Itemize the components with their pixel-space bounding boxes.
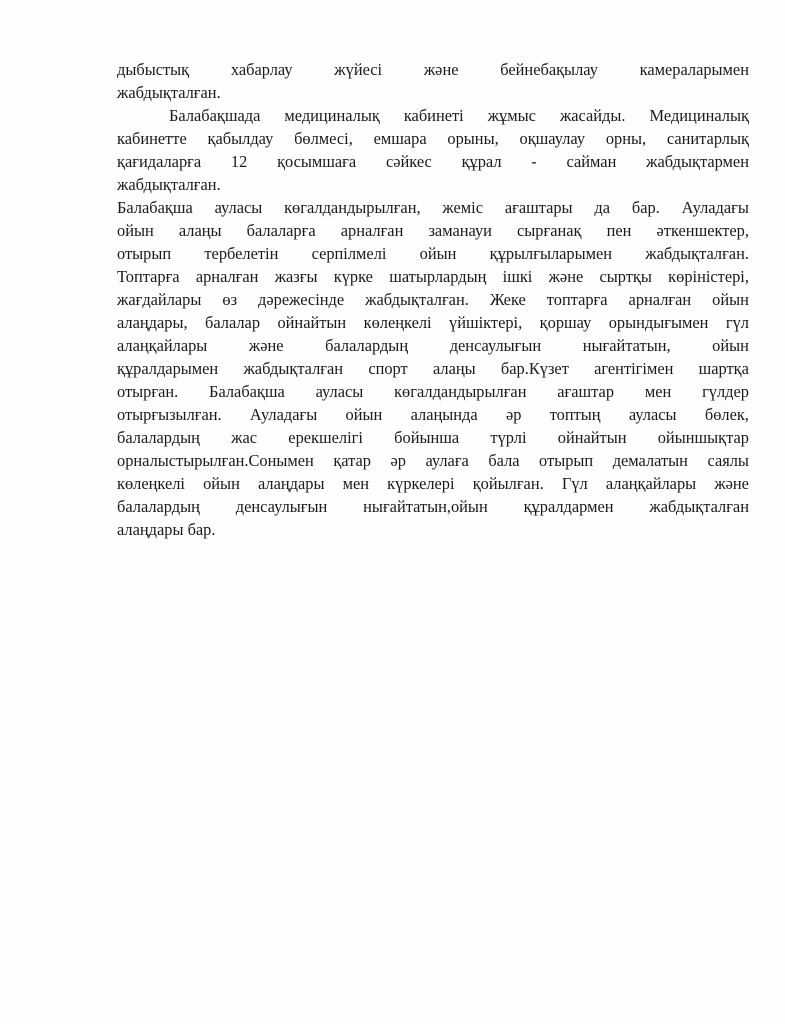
word: алаңында <box>411 403 478 426</box>
word: қоршау <box>540 311 592 334</box>
word: орыны, <box>447 127 498 150</box>
word: гүл <box>726 311 749 334</box>
word: алаңы <box>433 357 476 380</box>
word: әткеншектер, <box>657 219 749 242</box>
word: өз <box>222 288 237 311</box>
word: ойнайтын <box>558 426 627 449</box>
text-line: балалардыңжасерекшелігібойыншатүрліойнай… <box>117 426 749 449</box>
text-line: қағидаларға12қосымшағасәйкесқұрал-сайман… <box>117 150 749 173</box>
word: әр <box>506 403 521 426</box>
word: сәйкес <box>386 150 432 173</box>
word: ойын <box>712 288 749 311</box>
word: мен <box>645 380 671 403</box>
word: балалардың <box>117 495 200 518</box>
word: отырып <box>539 449 593 472</box>
word: орындығымен <box>609 311 709 334</box>
word: алаңы <box>179 219 222 242</box>
word: топтарға <box>547 288 608 311</box>
word: денсаулығын <box>450 334 541 357</box>
word: балалар <box>205 311 260 334</box>
word: бойынша <box>394 426 459 449</box>
word: алаңқайлары <box>606 472 696 495</box>
paragraph-1: дыбыстықхабарлаужүйесіжәнебейнебақылаука… <box>117 58 749 104</box>
word: сайман <box>567 150 617 173</box>
text-line: отырған.Балабақшаауласыкөгалдандырылғана… <box>117 380 749 403</box>
word: жазғы <box>275 265 318 288</box>
word: қосымшаға <box>277 150 356 173</box>
word: күрке <box>334 265 373 288</box>
word: жұмыс <box>488 104 536 127</box>
word: тербелетін <box>204 242 278 265</box>
word: ойын <box>420 242 457 265</box>
word: ағаштары <box>505 196 573 219</box>
word: нығайтатын, <box>583 334 671 357</box>
word: Жеке <box>490 288 526 311</box>
word: бар. <box>632 196 660 219</box>
word: арналған <box>629 288 692 311</box>
word: серпілмелі <box>312 242 387 265</box>
word: жағдайлары <box>117 288 201 311</box>
word: жүйесі <box>334 58 382 81</box>
word: нығайтатын,ойын <box>363 495 488 518</box>
word: - <box>531 150 536 173</box>
word: орналыстырылған.Сонымен <box>117 449 314 472</box>
word: арналған <box>341 219 404 242</box>
word: Балабақша <box>209 380 285 403</box>
word: да <box>594 196 610 219</box>
word: алаңдары <box>258 472 324 495</box>
paragraph-2: Балабақшадамедициналықкабинетіжұмысжасай… <box>117 104 749 196</box>
word: жеміс <box>442 196 483 219</box>
paragraph-3: Балабақшаауласыкөгалдандырылған,жемісаға… <box>117 196 749 541</box>
text-line: отырыптербелетінсерпілмеліойынқұрылғылар… <box>117 242 749 265</box>
word: гүлдер <box>702 380 749 403</box>
text-line: дыбыстықхабарлаужүйесіжәнебейнебақылаука… <box>117 58 749 81</box>
text-line: ойыналаңыбалаларғаарналғанзаманауисырған… <box>117 219 749 242</box>
word: дыбыстық <box>117 58 189 81</box>
word: санитарлық <box>667 127 749 150</box>
word: жабдықтармен <box>646 150 749 173</box>
word: көлеңкелі <box>364 311 432 334</box>
word: отырып <box>117 242 171 265</box>
word: құралдармен <box>524 495 614 518</box>
word: демалатын <box>613 449 688 472</box>
word: қатар <box>333 449 371 472</box>
word: жабдықталған. <box>365 288 469 311</box>
word: бар.Күзет <box>501 357 569 380</box>
word: құралдарымен <box>117 357 218 380</box>
word: Ауладағы <box>682 196 749 219</box>
word: қабылдау <box>208 127 274 150</box>
word: бейнебақылау <box>500 58 598 81</box>
text-line: жағдайларыөздәрежесіндежабдықталған.Жеке… <box>117 288 749 311</box>
word: көлеңкелі <box>117 472 185 495</box>
word: құрал <box>462 150 502 173</box>
word: қағидаларға <box>117 150 201 173</box>
word: үйшіктері, <box>449 311 522 334</box>
word: ерекшелігі <box>288 426 363 449</box>
word: алаңдары, <box>117 311 188 334</box>
word: және <box>249 334 284 357</box>
text-line: алаңдары бар. <box>117 518 749 541</box>
text-line: Балабақшадамедициналықкабинетіжұмысжасай… <box>117 104 749 127</box>
word: ағаштар <box>557 380 614 403</box>
word: әр <box>390 449 405 472</box>
word: агентігімен <box>594 357 673 380</box>
text-line: алаңқайларыжәнебалалардыңденсаулығынныға… <box>117 334 749 357</box>
word: Топтарға <box>117 265 180 288</box>
word: медициналық <box>284 104 379 127</box>
word: ойын <box>117 219 154 242</box>
word: Медициналық <box>650 104 749 127</box>
word: жабдықталған <box>649 495 749 518</box>
word: бала <box>488 449 519 472</box>
word: отырғызылған. <box>117 403 222 426</box>
word: балаларға <box>247 219 316 242</box>
text-line: құралдарыменжабдықталғанспорталаңыбар.Кү… <box>117 357 749 380</box>
word: көріністері, <box>668 265 749 288</box>
word: құрылғыларымен <box>490 242 612 265</box>
word: жабдықталған <box>243 357 343 380</box>
word: оқшаулау <box>520 127 586 150</box>
word: Балабақшада <box>169 104 260 127</box>
text-line: көлеңкеліойыналаңдарыменкүркелеріқойылға… <box>117 472 749 495</box>
text-line: жабдықталған. <box>117 173 749 196</box>
word: Ауладағы <box>250 403 317 426</box>
word: сырғанақ <box>517 219 582 242</box>
word: пен <box>607 219 632 242</box>
word: ішкі <box>503 265 533 288</box>
word: мен <box>343 472 369 495</box>
word: ауласы <box>316 380 364 403</box>
word: отырған. <box>117 380 178 403</box>
word: алаңқайлары <box>117 334 207 357</box>
text-line: жабдықталған. <box>117 81 749 104</box>
word: кабинеті <box>404 104 464 127</box>
word: балалардың <box>325 334 408 357</box>
text-line: отырғызылған.Ауладағыойыналаңындаәртопты… <box>117 403 749 426</box>
word: күркелері <box>387 472 454 495</box>
word: ойыншықтар <box>658 426 749 449</box>
word: кабинетте <box>117 127 187 150</box>
word: көгалдандырылған, <box>284 196 420 219</box>
word: және <box>424 58 459 81</box>
word: саялы <box>707 449 748 472</box>
document-body: дыбыстықхабарлаужүйесіжәнебейнебақылаука… <box>117 58 749 541</box>
word: дәрежесінде <box>258 288 344 311</box>
word: шатырлардың <box>389 265 486 288</box>
word: сыртқы <box>600 265 652 288</box>
word: орны, <box>606 127 646 150</box>
word: спорт <box>368 357 407 380</box>
word: балалардың <box>117 426 200 449</box>
text-line: Балабақшаауласыкөгалдандырылған,жемісаға… <box>117 196 749 219</box>
text-line: балалардыңденсаулығыннығайтатын,ойынқұра… <box>117 495 749 518</box>
word: денсаулығын <box>236 495 327 518</box>
word: және <box>714 472 749 495</box>
word: камераларымен <box>640 58 749 81</box>
word: заманауи <box>428 219 491 242</box>
word: ойын <box>346 403 383 426</box>
word: аулаға <box>425 449 468 472</box>
word: ойын <box>203 472 240 495</box>
word: жасайды. <box>560 104 626 127</box>
word: ойнайтын <box>277 311 346 334</box>
word: хабарлау <box>231 58 293 81</box>
word: бөлек, <box>705 403 749 426</box>
word: бөлмесі, <box>294 127 353 150</box>
word: топтың <box>550 403 601 426</box>
word: және <box>549 265 584 288</box>
word: шартқа <box>699 357 749 380</box>
word: көгалдандырылған <box>394 380 526 403</box>
word: ауласы <box>215 196 263 219</box>
word: Балабақша <box>117 196 193 219</box>
text-line: алаңдары,балаларойнайтынкөлеңкеліүйшікте… <box>117 311 749 334</box>
word: Гүл <box>562 472 588 495</box>
word: ойын <box>712 334 749 357</box>
word: арналған <box>196 265 259 288</box>
word: қойылған. <box>473 472 544 495</box>
text-line: орналыстырылған.Соныменқатарәраулағабала… <box>117 449 749 472</box>
word: жас <box>231 426 257 449</box>
word: түрлі <box>490 426 526 449</box>
word: емшара <box>374 127 427 150</box>
text-line: Топтарғаарналғанжазғыкүркешатырлардыңішк… <box>117 265 749 288</box>
text-line: кабинеттеқабылдаубөлмесі,емшараорыны,оқш… <box>117 127 749 150</box>
word: ауласы <box>629 403 677 426</box>
word: жабдықталған. <box>645 242 749 265</box>
document-page: дыбыстықхабарлаужүйесіжәнебейнебақылаука… <box>0 0 785 1024</box>
word: 12 <box>231 150 247 173</box>
